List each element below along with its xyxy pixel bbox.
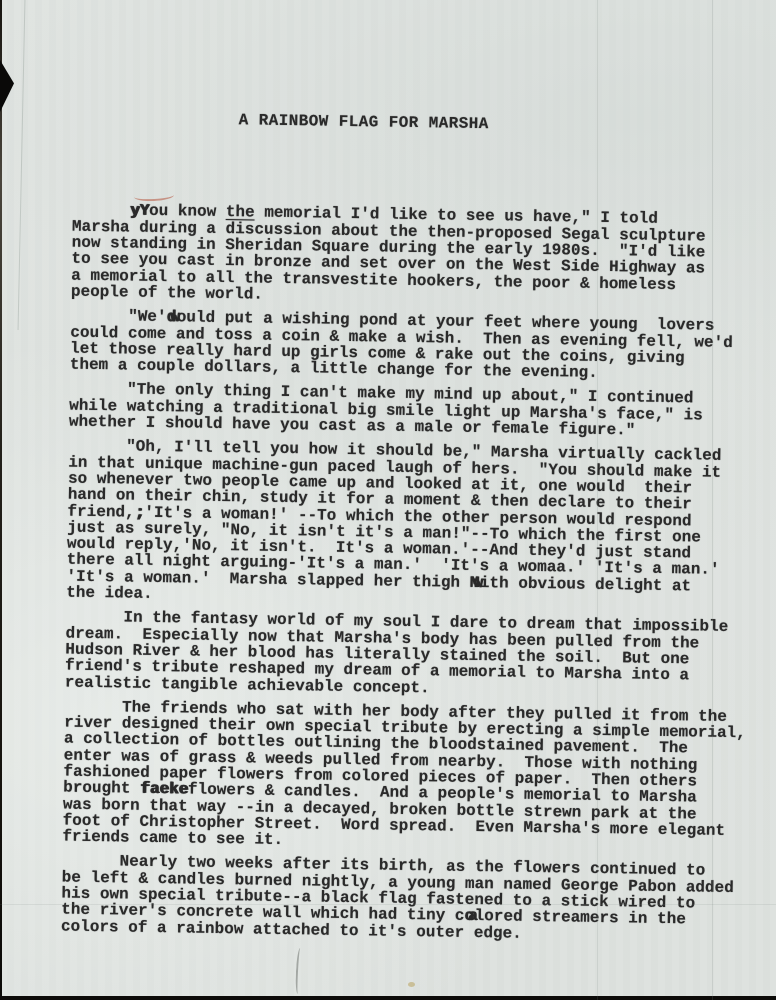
typewritten-text: A RAINBOW FLAG FOR MARSHA yYou know the … xyxy=(60,77,764,986)
paper-crease xyxy=(0,904,776,905)
scan-artifact-bottom-edge xyxy=(0,996,776,1000)
paragraph: In the fantasy world of my soul I dare t… xyxy=(65,609,756,701)
scan-artifact-corner-wedge xyxy=(0,60,14,112)
paragraph: "We'dwould put a wishing pond at your fe… xyxy=(70,308,761,384)
text-run: Mw xyxy=(470,574,478,592)
scanned-page: A RAINBOW FLAG FOR MARSHA yYou know the … xyxy=(0,0,776,1000)
paragraph: The friends who sat with her body after … xyxy=(62,698,754,855)
paragraph: yYou know the memorial I'd like to see u… xyxy=(71,202,762,311)
paper-stain xyxy=(408,982,415,987)
paper-crease xyxy=(18,0,26,330)
text-run: "The only thing I can't make my mind up … xyxy=(69,380,703,439)
paragraph: "Oh, I'll tell you how it should be," Ma… xyxy=(66,438,758,612)
text-run: memorial I'd like to see us have," I tol… xyxy=(71,204,706,304)
paper-crease xyxy=(712,0,713,1000)
paragraph: Nearly two weeks after its birth, as the… xyxy=(61,853,752,945)
document-title: A RAINBOW FLAG FOR MARSHA xyxy=(239,112,764,137)
text-run: In the fantasy world of my soul I dare t… xyxy=(65,608,729,697)
scan-artifact-left-edge xyxy=(0,0,2,1000)
paper-crease xyxy=(597,0,598,1000)
paragraph: "The only thing I can't make my mind up … xyxy=(69,381,760,441)
document-body: yYou know the memorial I'd like to see u… xyxy=(61,202,762,945)
